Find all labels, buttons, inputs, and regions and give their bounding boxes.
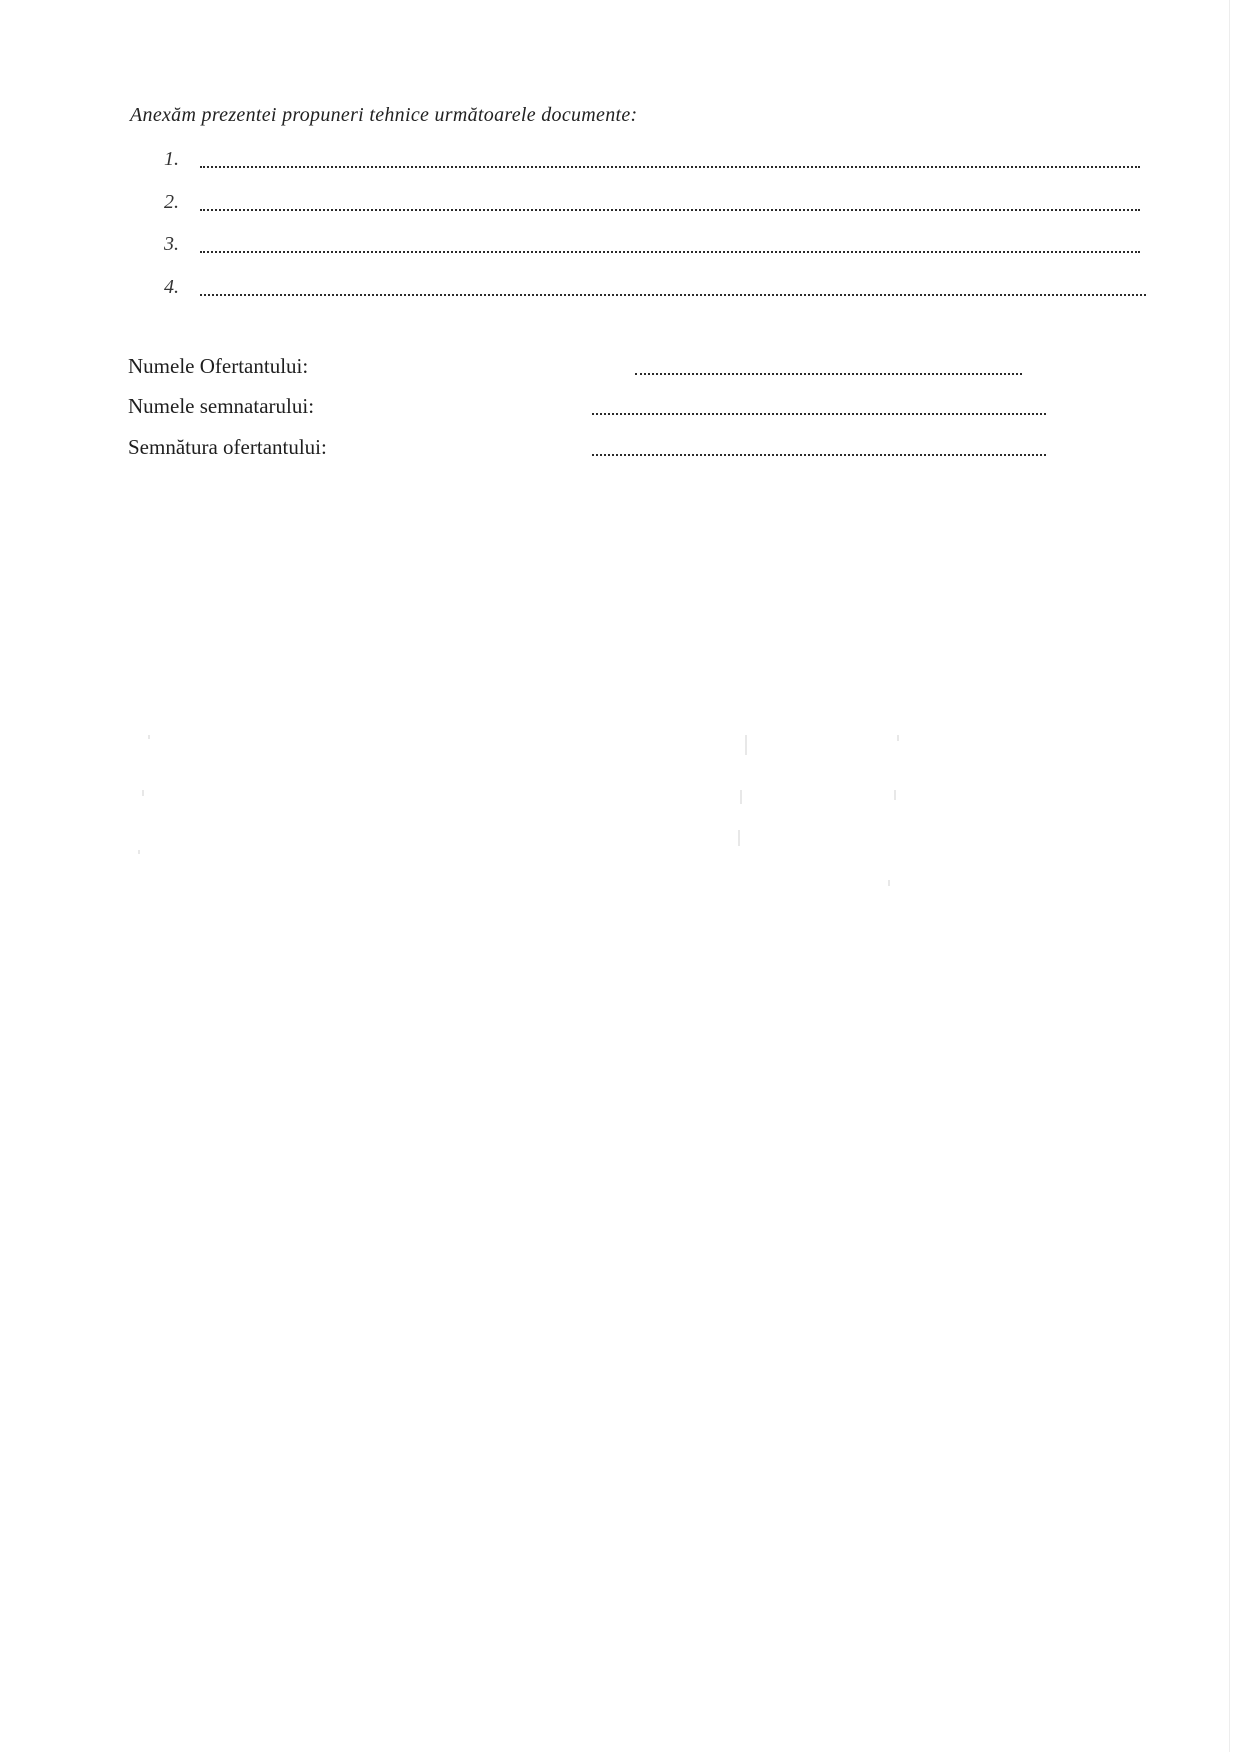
scan-artifact <box>897 735 899 741</box>
scan-artifact <box>740 790 742 804</box>
annex-item: 4. <box>164 276 1154 300</box>
bidder-signature-label: Semnătura ofertantului: <box>128 435 327 460</box>
scan-artifact <box>148 735 150 739</box>
annex-item: 1. <box>164 148 1154 172</box>
scan-artifact <box>142 790 144 796</box>
annex-item-blank-line[interactable] <box>200 251 1140 253</box>
annex-item-blank-line[interactable] <box>200 166 1140 168</box>
signatory-name-blank-line[interactable] <box>592 413 1046 415</box>
scan-artifact <box>138 850 140 854</box>
scan-artifact <box>745 735 747 755</box>
annex-item-number: 4. <box>164 276 179 299</box>
scan-artifact <box>888 880 890 886</box>
signatory-name-label: Numele semnatarului: <box>128 394 314 419</box>
annex-item-number: 2. <box>164 191 179 214</box>
bidder-signature-blank-line[interactable] <box>592 454 1046 456</box>
document-page: Anexăm prezentei propuneri tehnice următ… <box>0 0 1240 1752</box>
bidder-name-blank-line[interactable] <box>635 373 1022 375</box>
scan-artifact <box>738 830 740 846</box>
annex-item-number: 3. <box>164 233 179 256</box>
scan-edge-line <box>1229 0 1230 1752</box>
annex-item: 2. <box>164 191 1154 215</box>
annex-heading: Anexăm prezentei propuneri tehnice următ… <box>130 104 638 127</box>
annex-item: 3. <box>164 233 1154 257</box>
annex-item-blank-line[interactable] <box>200 209 1140 211</box>
annex-item-number: 1. <box>164 148 179 171</box>
scan-artifact <box>894 790 896 800</box>
annex-item-blank-line[interactable] <box>200 294 1146 296</box>
bidder-name-label: Numele Ofertantului: <box>128 354 308 379</box>
